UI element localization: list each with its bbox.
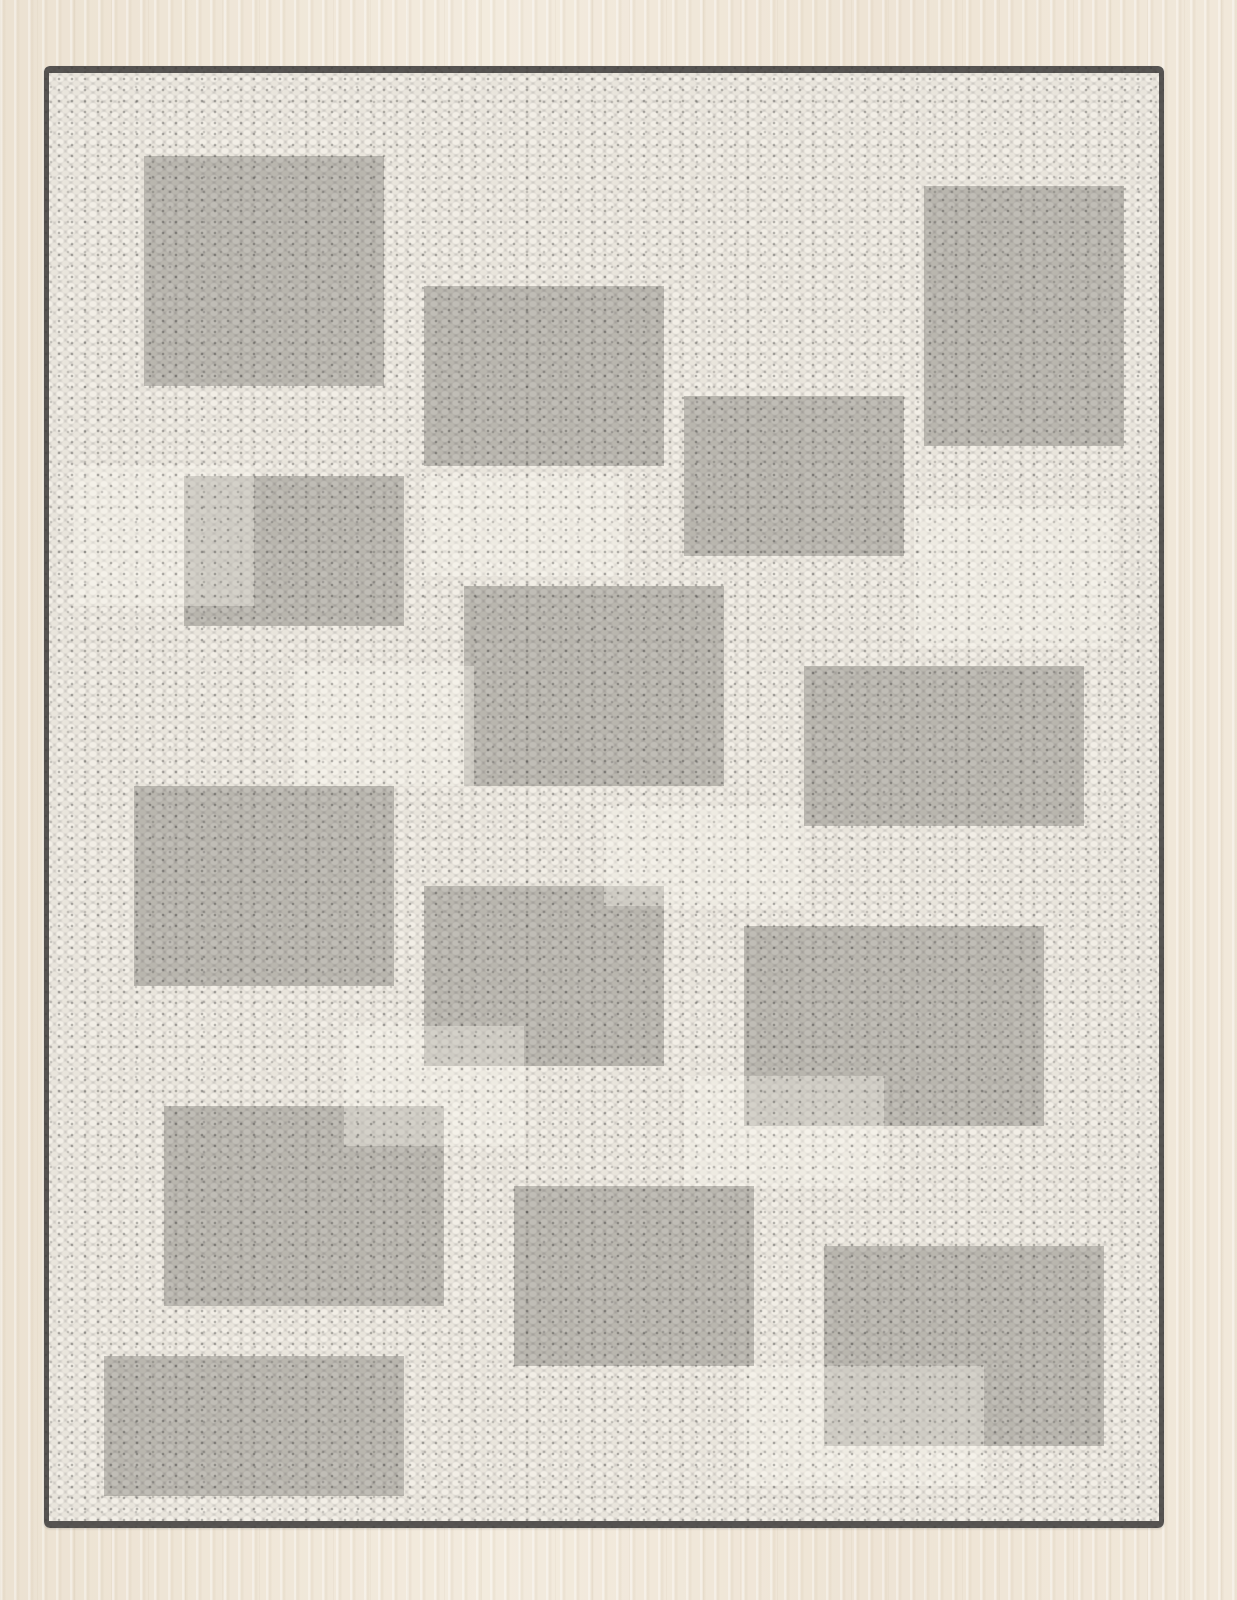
woven-rug	[44, 66, 1164, 1528]
rug-speckle-texture	[44, 66, 1164, 1528]
